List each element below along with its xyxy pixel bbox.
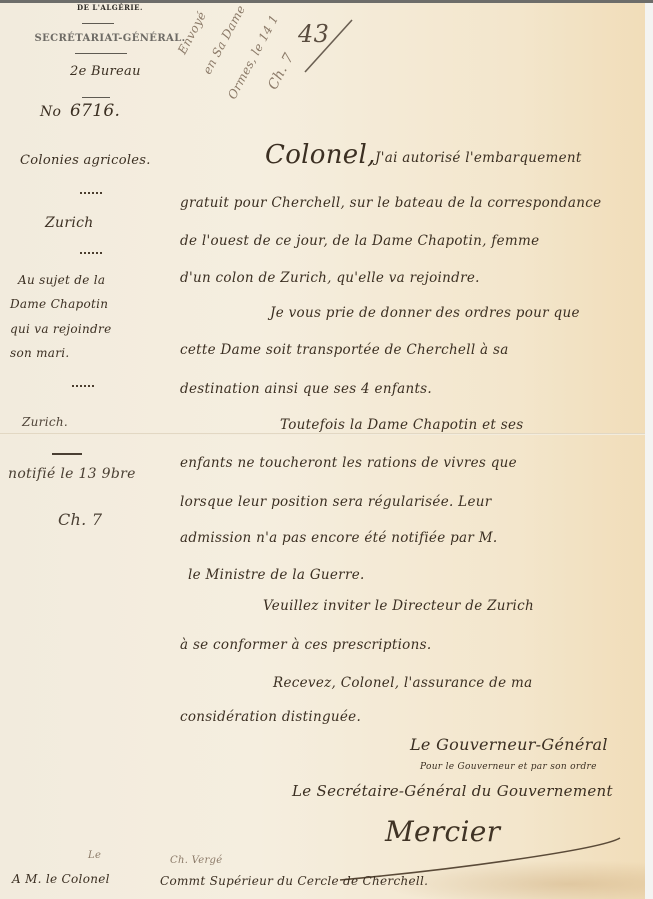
margin-summary-line2: Dame Chapotin [10, 297, 108, 311]
letter-line: considération distinguée. [180, 709, 361, 725]
letter-line: destination ainsi que ses 4 enfants. [180, 381, 432, 397]
scan-right-edge [645, 3, 653, 899]
letter-line: Je vous prie de donner des ordres pour q… [270, 305, 580, 321]
letterhead-rule [75, 53, 127, 54]
margin-summary-line1: Au sujet de la [18, 273, 105, 287]
address-recipient: A M. le Colonel [12, 872, 110, 886]
address-rest: Commt Supérieur du Cercle de Cherchell. [160, 874, 428, 888]
margin-divider [80, 190, 102, 194]
margin-divider [80, 250, 102, 254]
document-page: DE L'ALGÉRIE. SECRÉTARIAT-GÉNÉRAL. 2e Bu… [0, 0, 645, 899]
letter-line: gratuit pour Cherchell, sur le bateau de… [180, 195, 601, 211]
number-label: No [40, 104, 61, 120]
letter-line: Veuillez inviter le Directeur de Zurich [263, 598, 534, 614]
address-pencil-name: Ch. Vergé [170, 855, 222, 866]
letter-line: à se conformer à ces prescriptions. [180, 637, 431, 653]
letter-line: le Ministre de la Guerre. [188, 567, 365, 583]
signature-title: Le Gouverneur-Général [410, 735, 608, 754]
letter-line: J'ai autorisé l'embarquement [375, 150, 582, 166]
paper-fold [0, 433, 645, 435]
margin-subject: Colonies agricoles. [20, 153, 151, 168]
letterhead-rule [82, 97, 110, 98]
margin-dash [52, 453, 82, 455]
letter-line: enfants ne toucheront les rations de viv… [180, 455, 517, 471]
margin-divider [72, 383, 94, 387]
margin-notified: notifié le 13 9bre [8, 466, 136, 482]
letterhead-rule [82, 23, 114, 24]
letter-line: de l'ouest de ce jour, de la Dame Chapot… [180, 233, 539, 249]
folio-number: 43 [298, 20, 329, 48]
margin-initials: Ch. 7 [58, 510, 102, 529]
scan-top-edge [0, 0, 653, 3]
letter-number: 6716. [70, 101, 120, 121]
letterhead-office: SECRÉTARIAT-GÉNÉRAL. [20, 33, 200, 44]
letter-line: Recevez, Colonel, l'assurance de ma [273, 675, 532, 691]
letter-line: Toutefois la Dame Chapotin et ses [280, 417, 524, 433]
letter-line: admission n'a pas encore été notifiée pa… [180, 530, 497, 546]
letterhead-department: DE L'ALGÉRIE. [20, 3, 200, 12]
margin-zurich-note: Zurich. [22, 415, 68, 429]
letterhead-bureau: 2e Bureau [70, 64, 141, 79]
signature-proxy: Pour le Gouverneur et par son ordre [420, 762, 597, 772]
letter-line: cette Dame soit transportée de Cherchell… [180, 342, 509, 358]
letter-line: lorsque leur position sera régularisée. … [180, 494, 491, 510]
address-pencil-le: Le [88, 850, 101, 861]
salutation: Colonel, [265, 140, 376, 170]
pencil-note-line4: Ch. 7 [265, 51, 297, 93]
margin-summary-line4: son mari. [10, 346, 70, 360]
letter-line: d'un colon de Zurich, qu'elle va rejoind… [180, 270, 480, 286]
margin-place: Zurich [45, 215, 94, 231]
margin-summary-line3: qui va rejoindre [10, 322, 111, 336]
signature-role: Le Secrétaire-Général du Gouvernement [292, 782, 613, 800]
signature: Mercier [385, 815, 500, 848]
